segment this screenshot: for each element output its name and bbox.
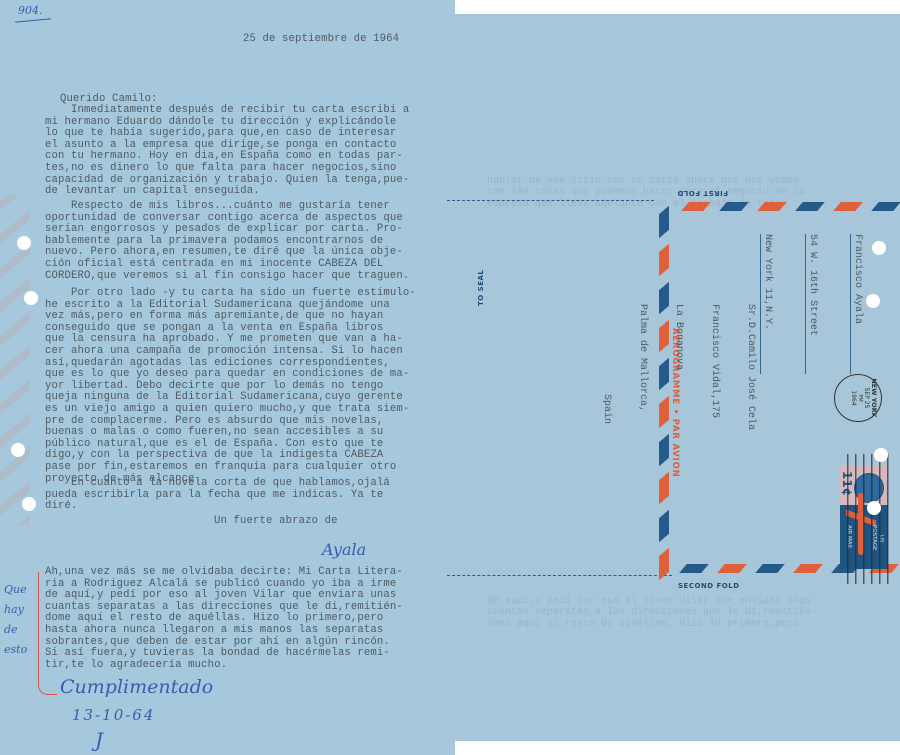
recipient-line: Francisco Vidal,175	[708, 304, 720, 430]
punch-hole	[867, 501, 881, 515]
punch-hole	[24, 291, 38, 305]
airmail-stripe	[659, 510, 669, 542]
to-seal-label: TO SEAL	[477, 270, 485, 306]
airmail-stripe	[793, 564, 823, 573]
margin-note: Que hay de esto	[4, 580, 27, 660]
annotation-date: 13-10-64	[72, 706, 155, 724]
punch-hole	[22, 497, 36, 511]
recipient-line: Sr.D.Camilo José Cela	[744, 304, 756, 430]
airmail-stripe	[659, 434, 669, 466]
cancellation-bars	[847, 454, 891, 584]
archive-number: 904.	[18, 4, 43, 17]
punch-hole	[17, 236, 31, 250]
closing: Un fuerte abrazo de	[214, 516, 338, 528]
postmark-date: SEP 25	[863, 375, 870, 421]
postmark-city: NEW YORK	[870, 375, 878, 421]
sender-line: Francisco Ayala	[850, 234, 863, 374]
postmark: NEW YORK SEP 25 PM 1964	[834, 374, 882, 422]
airmail-stripe	[659, 244, 669, 276]
airmail-stripe	[833, 202, 863, 211]
showthrough-text: de aquí,y pedí por eso al joven Vilar qu…	[487, 584, 817, 642]
handwritten-annotation: Cumplimentado	[60, 676, 213, 698]
second-fold-line	[447, 575, 672, 576]
paragraph-1: Inmediatamente después de recibir tu car…	[45, 105, 445, 198]
margin-note-line: de	[4, 620, 27, 640]
paragraph-4: En cuanto a la novela corta de que habla…	[45, 478, 445, 513]
postmark-year: 1964	[850, 375, 857, 421]
recipient-line: Palma de Mallorca,	[636, 304, 648, 430]
airmail-stripe	[679, 564, 709, 573]
sender-line: 54 W. 16th Street	[805, 234, 818, 374]
margin-note-line: Que	[4, 580, 27, 600]
recipient-line: La Bonanova	[672, 304, 684, 430]
recipient-address: Sr.D.Camilo José Cela Francisco Vidal,17…	[576, 304, 780, 430]
paragraph-3: Por otro lado -y tu carta ha sido un fue…	[45, 288, 445, 485]
airmail-stripe	[755, 564, 785, 573]
signature: Ayala	[322, 540, 366, 559]
first-fold-line	[447, 200, 654, 201]
archive-underline	[15, 18, 51, 22]
postmark-time: PM	[857, 375, 863, 421]
letter-date: 25 de septiembre de 1964	[243, 34, 399, 46]
red-margin-bracket	[38, 572, 57, 695]
airmail-stripe	[659, 472, 669, 504]
showthrough-text: hablar de ese sitio con su carta ahora q…	[487, 164, 805, 222]
margin-note-line: hay	[4, 600, 27, 620]
punch-hole	[872, 241, 886, 255]
punch-hole	[866, 294, 880, 308]
airmail-stripe	[871, 202, 900, 211]
postscript: Ah,una vez más se me olvidaba decirte: M…	[45, 567, 445, 671]
aerogramme-page: hablar de ese sitio con su carta ahora q…	[447, 14, 900, 741]
first-fold-label: FIRST FOLD	[677, 189, 728, 197]
annotation-initial: J	[95, 728, 103, 752]
airmail-stripe	[717, 564, 747, 573]
letter-page: 904. 25 de septiembre de 1964 Querido Ca…	[0, 0, 455, 755]
recipient-line: Spain	[600, 304, 612, 430]
margin-note-line: esto	[4, 640, 27, 660]
punch-hole	[11, 443, 25, 457]
paragraph-2: Respecto de mis libros...cuánto me gusta…	[45, 201, 445, 282]
punch-hole	[874, 448, 888, 462]
second-fold-label: SECOND FOLD	[678, 582, 740, 590]
